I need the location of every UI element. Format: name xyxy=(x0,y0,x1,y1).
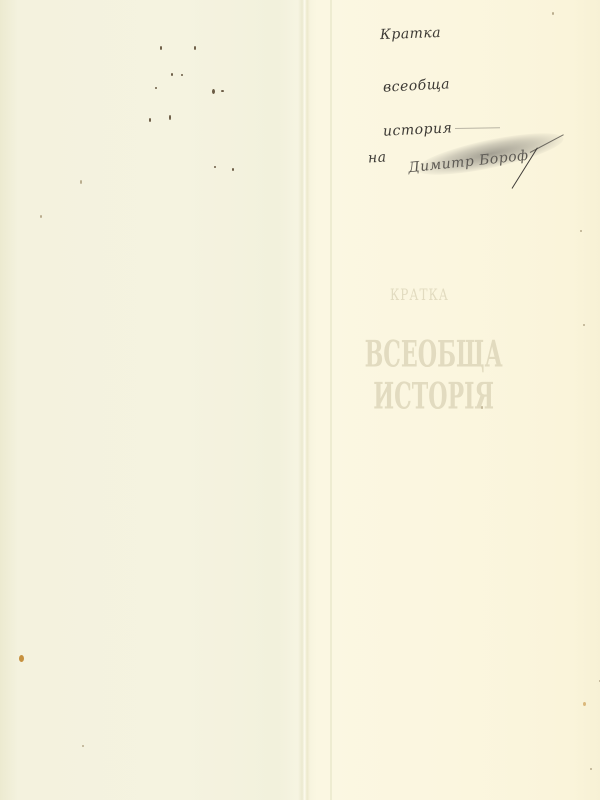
handwritten-line-4-prefix: на xyxy=(367,149,387,166)
ink-speck xyxy=(212,89,215,94)
handwritten-line-1: Кратка xyxy=(380,25,442,43)
paper-speck xyxy=(82,745,84,747)
printed-subtitle: КРАТКА xyxy=(390,286,449,304)
ink-speck xyxy=(155,87,157,89)
book-spread: Кратка всеобща история на Димитр Бороф К… xyxy=(0,0,600,800)
foxing-stain xyxy=(19,655,24,662)
left-page-endpaper xyxy=(0,0,302,800)
paper-speck xyxy=(590,768,592,770)
foxing-stain xyxy=(583,702,586,706)
printed-title: ВСЕОБЩА ИСТОРIЯ xyxy=(318,334,549,418)
ink-speck xyxy=(232,168,234,171)
paper-speck xyxy=(580,230,582,232)
ink-speck xyxy=(169,115,171,120)
paper-speck xyxy=(583,324,585,326)
ink-speck xyxy=(194,46,196,50)
ink-speck xyxy=(181,74,183,76)
paper-speck xyxy=(80,180,82,184)
book-gutter xyxy=(298,0,310,800)
ink-speck xyxy=(214,166,216,168)
ink-speck xyxy=(149,118,151,122)
ink-speck xyxy=(171,73,173,76)
paper-speck xyxy=(40,215,42,218)
paper-speck xyxy=(552,12,554,15)
ink-speck xyxy=(221,90,224,92)
ink-speck xyxy=(160,46,162,50)
